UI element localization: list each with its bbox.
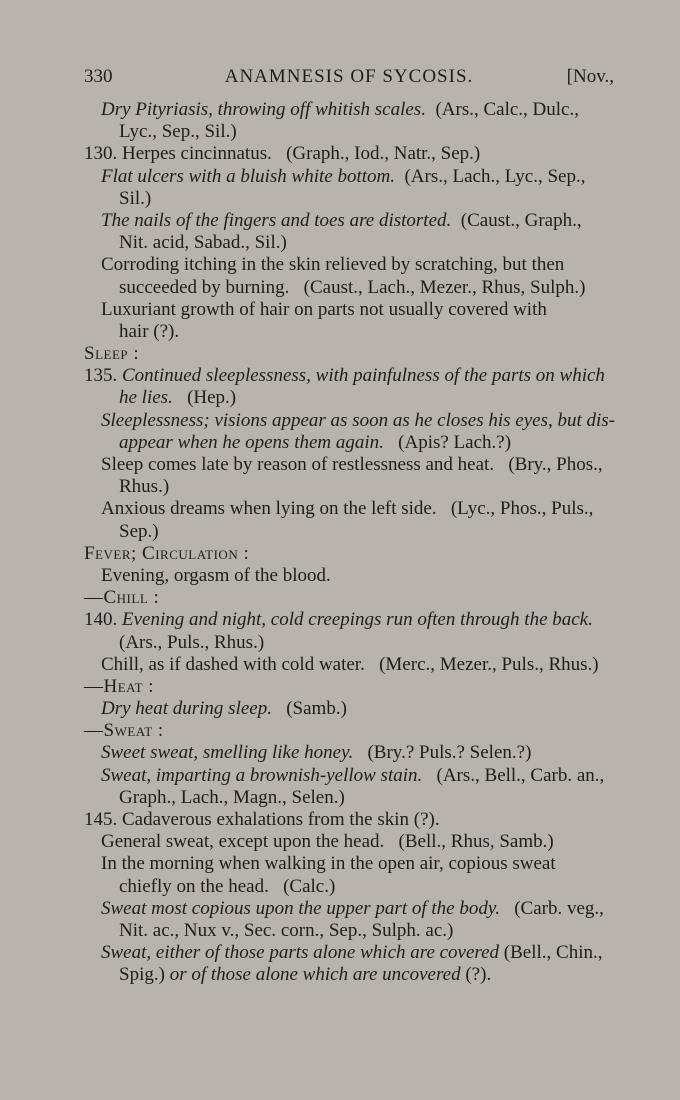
book-page: 330 ANAMNESIS OF SYCOSIS. [Nov., Dry Pit… [0, 0, 680, 1100]
text-run: hair (?). [119, 321, 179, 342]
text-run: Sweat most copious upon the upper part o… [101, 898, 500, 919]
section-heading: —Sweat : [84, 720, 604, 742]
text-run: 140. [84, 609, 122, 630]
text-line: (Ars., Puls., Rhus.) [84, 632, 604, 654]
text-line: Anxious dreams when lying on the left si… [84, 498, 604, 520]
text-line: 130. Herpes cincinnatus. (Graph., Iod., … [84, 143, 604, 165]
text-run: Nit. acid, Sabad., Sil.) [119, 232, 287, 253]
text-run: Sweat, imparting a brownish-yellow stain… [101, 765, 422, 786]
text-line: he lies. (Hep.) [84, 387, 604, 409]
page-body: Dry Pityriasis, throwing off whitish sca… [84, 99, 604, 987]
section-mark: [Nov., [567, 66, 614, 88]
text-run: Fever; Circulation : [84, 543, 249, 564]
text-run: —Sweat : [84, 720, 164, 741]
text-line: 145. Cadaverous exhalations from the ski… [84, 809, 604, 831]
text-line: Nit. ac., Nux v., Sec. corn., Sep., Sulp… [84, 920, 604, 942]
text-run: (Ars., Puls., Rhus.) [119, 632, 264, 653]
text-run: —Chill : [84, 587, 159, 608]
text-line: Corroding itching in the skin relieved b… [84, 254, 604, 276]
section-heading: Sleep : [84, 343, 604, 365]
text-run: In the morning when walking in the open … [101, 853, 556, 874]
text-run: General sweat, except upon the head. (Be… [101, 831, 554, 852]
text-run: Sleeplessness; visions appear as soon as… [101, 410, 615, 431]
text-run: Dry heat during sleep. [101, 698, 272, 719]
text-line: appear when he opens them again. (Apis? … [84, 432, 604, 454]
text-run: Sweat, either of those parts alone which… [101, 942, 499, 963]
text-run: Flat ulcers with a bluish white bottom. [101, 166, 395, 187]
text-run: he lies. [119, 387, 173, 408]
section-heading: —Heat : [84, 676, 604, 698]
text-line: Lyc., Sep., Sil.) [84, 121, 604, 143]
text-line: Dry Pityriasis, throwing off whitish sca… [84, 99, 604, 121]
text-run: Spig.) [119, 964, 170, 985]
text-line: Graph., Lach., Magn., Selen.) [84, 787, 604, 809]
text-line: Sil.) [84, 188, 604, 210]
text-run: Graph., Lach., Magn., Selen.) [119, 787, 345, 808]
text-run: —Heat : [84, 676, 154, 697]
text-run: Sep.) [119, 521, 159, 542]
text-run: (Hep.) [173, 387, 236, 408]
text-run: Corroding itching in the skin relieved b… [101, 254, 564, 275]
text-run: (Caust., Graph., [451, 210, 581, 231]
text-run: chiefly on the head. (Calc.) [119, 876, 335, 897]
text-run: (Samb.) [272, 698, 347, 719]
text-line: Luxuriant growth of hair on parts not us… [84, 299, 604, 321]
text-run: 130. Herpes cincinnatus. (Graph., Iod., … [84, 143, 480, 164]
text-line: 135. Continued sleeplessness, with painf… [84, 365, 604, 387]
text-line: Sweet sweat, smelling like honey. (Bry.?… [84, 742, 604, 764]
text-run: appear when he opens them again. [119, 432, 384, 453]
text-run: Evening and night, cold creepings run of… [122, 609, 593, 630]
text-line: Chill, as if dashed with cold water. (Me… [84, 654, 604, 676]
text-run: Evening, orgasm of the blood. [101, 565, 331, 586]
text-run: (Ars., Bell., Carb. an., [422, 765, 604, 786]
running-header: 330 ANAMNESIS OF SYCOSIS. [Nov., [84, 66, 614, 92]
text-run: Sleep : [84, 343, 139, 364]
section-heading: Fever; Circulation : [84, 543, 604, 565]
text-run: Rhus.) [119, 476, 169, 497]
text-run: (?). [461, 964, 492, 985]
text-line: Sleep comes late by reason of restlessne… [84, 454, 604, 476]
text-line: Dry heat during sleep. (Samb.) [84, 698, 604, 720]
text-run: (Bry.? Puls.? Selen.?) [353, 742, 531, 763]
text-run: Nit. ac., Nux v., Sec. corn., Sep., Sulp… [119, 920, 453, 941]
text-run: or of those alone which are uncovered [170, 964, 461, 985]
text-line: chiefly on the head. (Calc.) [84, 876, 604, 898]
text-line: In the morning when walking in the open … [84, 853, 604, 875]
text-line: Nit. acid, Sabad., Sil.) [84, 232, 604, 254]
text-line: Sweat most copious upon the upper part o… [84, 898, 604, 920]
text-run: Continued sleeplessness, with painfulnes… [122, 365, 605, 386]
text-run: Chill, as if dashed with cold water. (Me… [101, 654, 599, 675]
text-run: (Ars., Lach., Lyc., Sep., [395, 166, 585, 187]
text-line: Sep.) [84, 521, 604, 543]
text-line: hair (?). [84, 321, 604, 343]
text-line: The nails of the fingers and toes are di… [84, 210, 604, 232]
text-run: (Bell., Chin., [499, 942, 602, 963]
text-line: Evening, orgasm of the blood. [84, 565, 604, 587]
text-run: 145. Cadaverous exhalations from the ski… [84, 809, 440, 830]
text-line: Rhus.) [84, 476, 604, 498]
text-line: Flat ulcers with a bluish white bottom. … [84, 166, 604, 188]
text-line: succeeded by burning. (Caust., Lach., Me… [84, 277, 604, 299]
text-run: (Apis? Lach.?) [384, 432, 511, 453]
text-line: Sleeplessness; visions appear as soon as… [84, 410, 604, 432]
running-title: ANAMNESIS OF SYCOSIS. [84, 66, 614, 88]
text-run: Anxious dreams when lying on the left si… [101, 498, 593, 519]
text-run: (Carb. veg., [500, 898, 604, 919]
text-run: Lyc., Sep., Sil.) [119, 121, 237, 142]
text-run: 135. [84, 365, 122, 386]
text-line: General sweat, except upon the head. (Be… [84, 831, 604, 853]
text-run: succeeded by burning. (Caust., Lach., Me… [119, 277, 585, 298]
text-run: Sil.) [119, 188, 151, 209]
text-run: Dry Pityriasis, throwing off whitish sca… [101, 99, 426, 120]
text-line: Sweat, imparting a brownish-yellow stain… [84, 765, 604, 787]
text-run: Sleep comes late by reason of restlessne… [101, 454, 603, 475]
section-heading: —Chill : [84, 587, 604, 609]
text-line: Spig.) or of those alone which are uncov… [84, 964, 604, 986]
text-run: (Ars., Calc., Dulc., [426, 99, 579, 120]
text-run: Sweet sweat, smelling like honey. [101, 742, 353, 763]
text-line: Sweat, either of those parts alone which… [84, 942, 604, 964]
text-run: Luxuriant growth of hair on parts not us… [101, 299, 547, 320]
text-line: 140. Evening and night, cold creepings r… [84, 609, 604, 631]
text-run: The nails of the fingers and toes are di… [101, 210, 451, 231]
